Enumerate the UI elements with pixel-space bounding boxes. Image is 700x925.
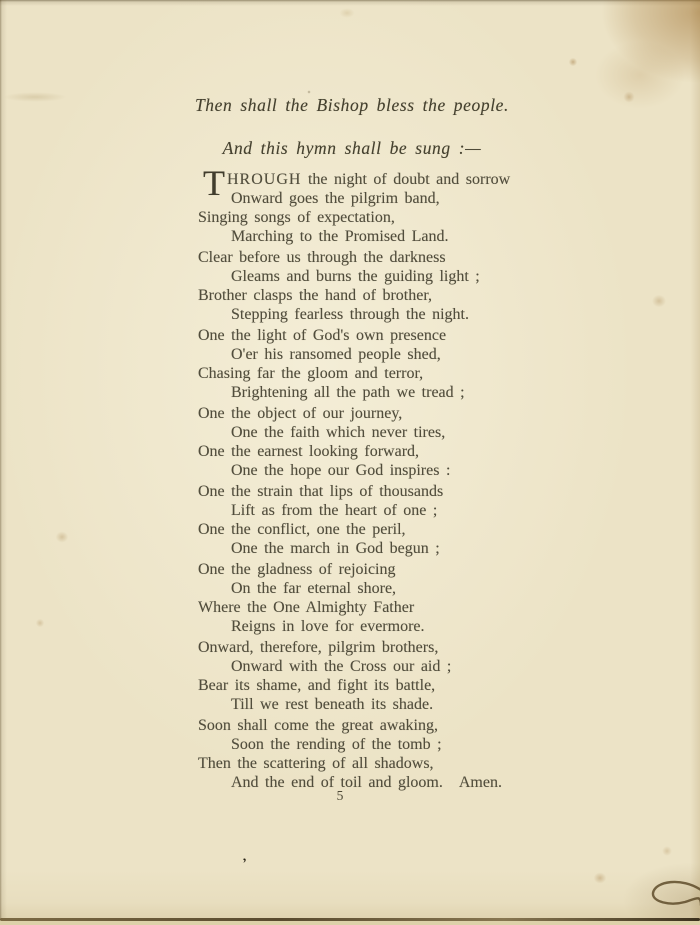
hymn-line: Till we rest beneath its shade.	[198, 695, 638, 714]
hymn-line: Then the scattering of all shadows,	[198, 754, 638, 773]
hymn-stanza: One the object of our journey,One the fa…	[198, 404, 638, 480]
hymn-line: Bear its shame, and fight its battle,	[198, 676, 638, 695]
page-bottom-edge	[0, 918, 700, 921]
hymn-line: Chasing far the gloom and terror,	[198, 364, 638, 383]
hymnal-page: Then shall the Bishop bless the people. …	[0, 0, 700, 925]
hymn-line: One the object of our journey,	[198, 404, 638, 423]
hymn-line: Stepping fearless through the night.	[198, 305, 638, 324]
hymn-line: Clear before us through the darkness	[198, 248, 638, 267]
hymn-stanza: Onward, therefore, pilgrim brothers,Onwa…	[198, 638, 638, 714]
hymn-line: Brother clasps the hand of brother,	[198, 286, 638, 305]
hymn-line: On the far eternal shore,	[198, 579, 638, 598]
hymn-stanza: Soon shall come the great awaking,Soon t…	[198, 716, 638, 792]
hymn-line: One the earnest looking forward,	[198, 442, 638, 461]
hymn-line: One the march in God begun ;	[198, 539, 638, 558]
hymn-line: Where the One Almighty Father	[198, 598, 638, 617]
hymn-line: Brightening all the path we tread ;	[198, 383, 638, 402]
hymn-line: Soon shall come the great awaking,	[198, 716, 638, 735]
hymn-line: One the gladness of rejoicing	[198, 560, 638, 579]
hymn-line: One the strain that lips of thousands	[198, 482, 638, 501]
hymn-line: Lift as from the heart of one ;	[198, 501, 638, 520]
page-number: 5	[330, 788, 350, 804]
rubric-hymn-instruction: And this hymn shall be sung :—	[2, 138, 700, 159]
hymn-text: THROUGH the night of doubt and sorrowOnw…	[198, 170, 638, 794]
hymn-stanza: Clear before us through the darknessGlea…	[198, 248, 638, 324]
hymn-line: THROUGH the night of doubt and sorrow	[198, 170, 638, 189]
hymn-line: One the conflict, one the peril,	[198, 520, 638, 539]
ink-speck: ’	[241, 855, 249, 872]
hymn-stanza: One the gladness of rejoicingOn the far …	[198, 560, 638, 636]
hymn-line: Onward goes the pilgrim band,	[198, 189, 638, 208]
hymn-line: Onward with the Cross our aid ;	[198, 657, 638, 676]
first-word-caps: HROUGH	[227, 171, 301, 188]
rubric-bishop-blessing: Then shall the Bishop bless the people.	[2, 95, 700, 116]
hymn-line: Soon the rending of the tomb ;	[198, 735, 638, 754]
drop-cap-initial: T	[203, 168, 225, 198]
hymn-stanza: One the light of God's own presenceO'er …	[198, 326, 638, 402]
hymn-line: Marching to the Promised Land.	[198, 227, 638, 246]
hymn-line: Reigns in love for evermore.	[198, 617, 638, 636]
hymn-line: Onward, therefore, pilgrim brothers,	[198, 638, 638, 657]
hymn-stanza: One the strain that lips of thousandsLif…	[198, 482, 638, 558]
hymn-line: Singing songs of expectation,	[198, 208, 638, 227]
page-corner-curl-icon	[624, 874, 700, 916]
hymn-line: One the hope our God inspires :	[198, 461, 638, 480]
hymn-line: Gleams and burns the guiding light ;	[198, 267, 638, 286]
hymn-stanza: THROUGH the night of doubt and sorrowOnw…	[198, 170, 638, 246]
hymn-line: O'er his ransomed people shed,	[198, 345, 638, 364]
hymn-line: And the end of toil and gloom. Amen.	[198, 773, 638, 792]
hymn-line: One the faith which never tires,	[198, 423, 638, 442]
hymn-line: One the light of God's own presence	[198, 326, 638, 345]
